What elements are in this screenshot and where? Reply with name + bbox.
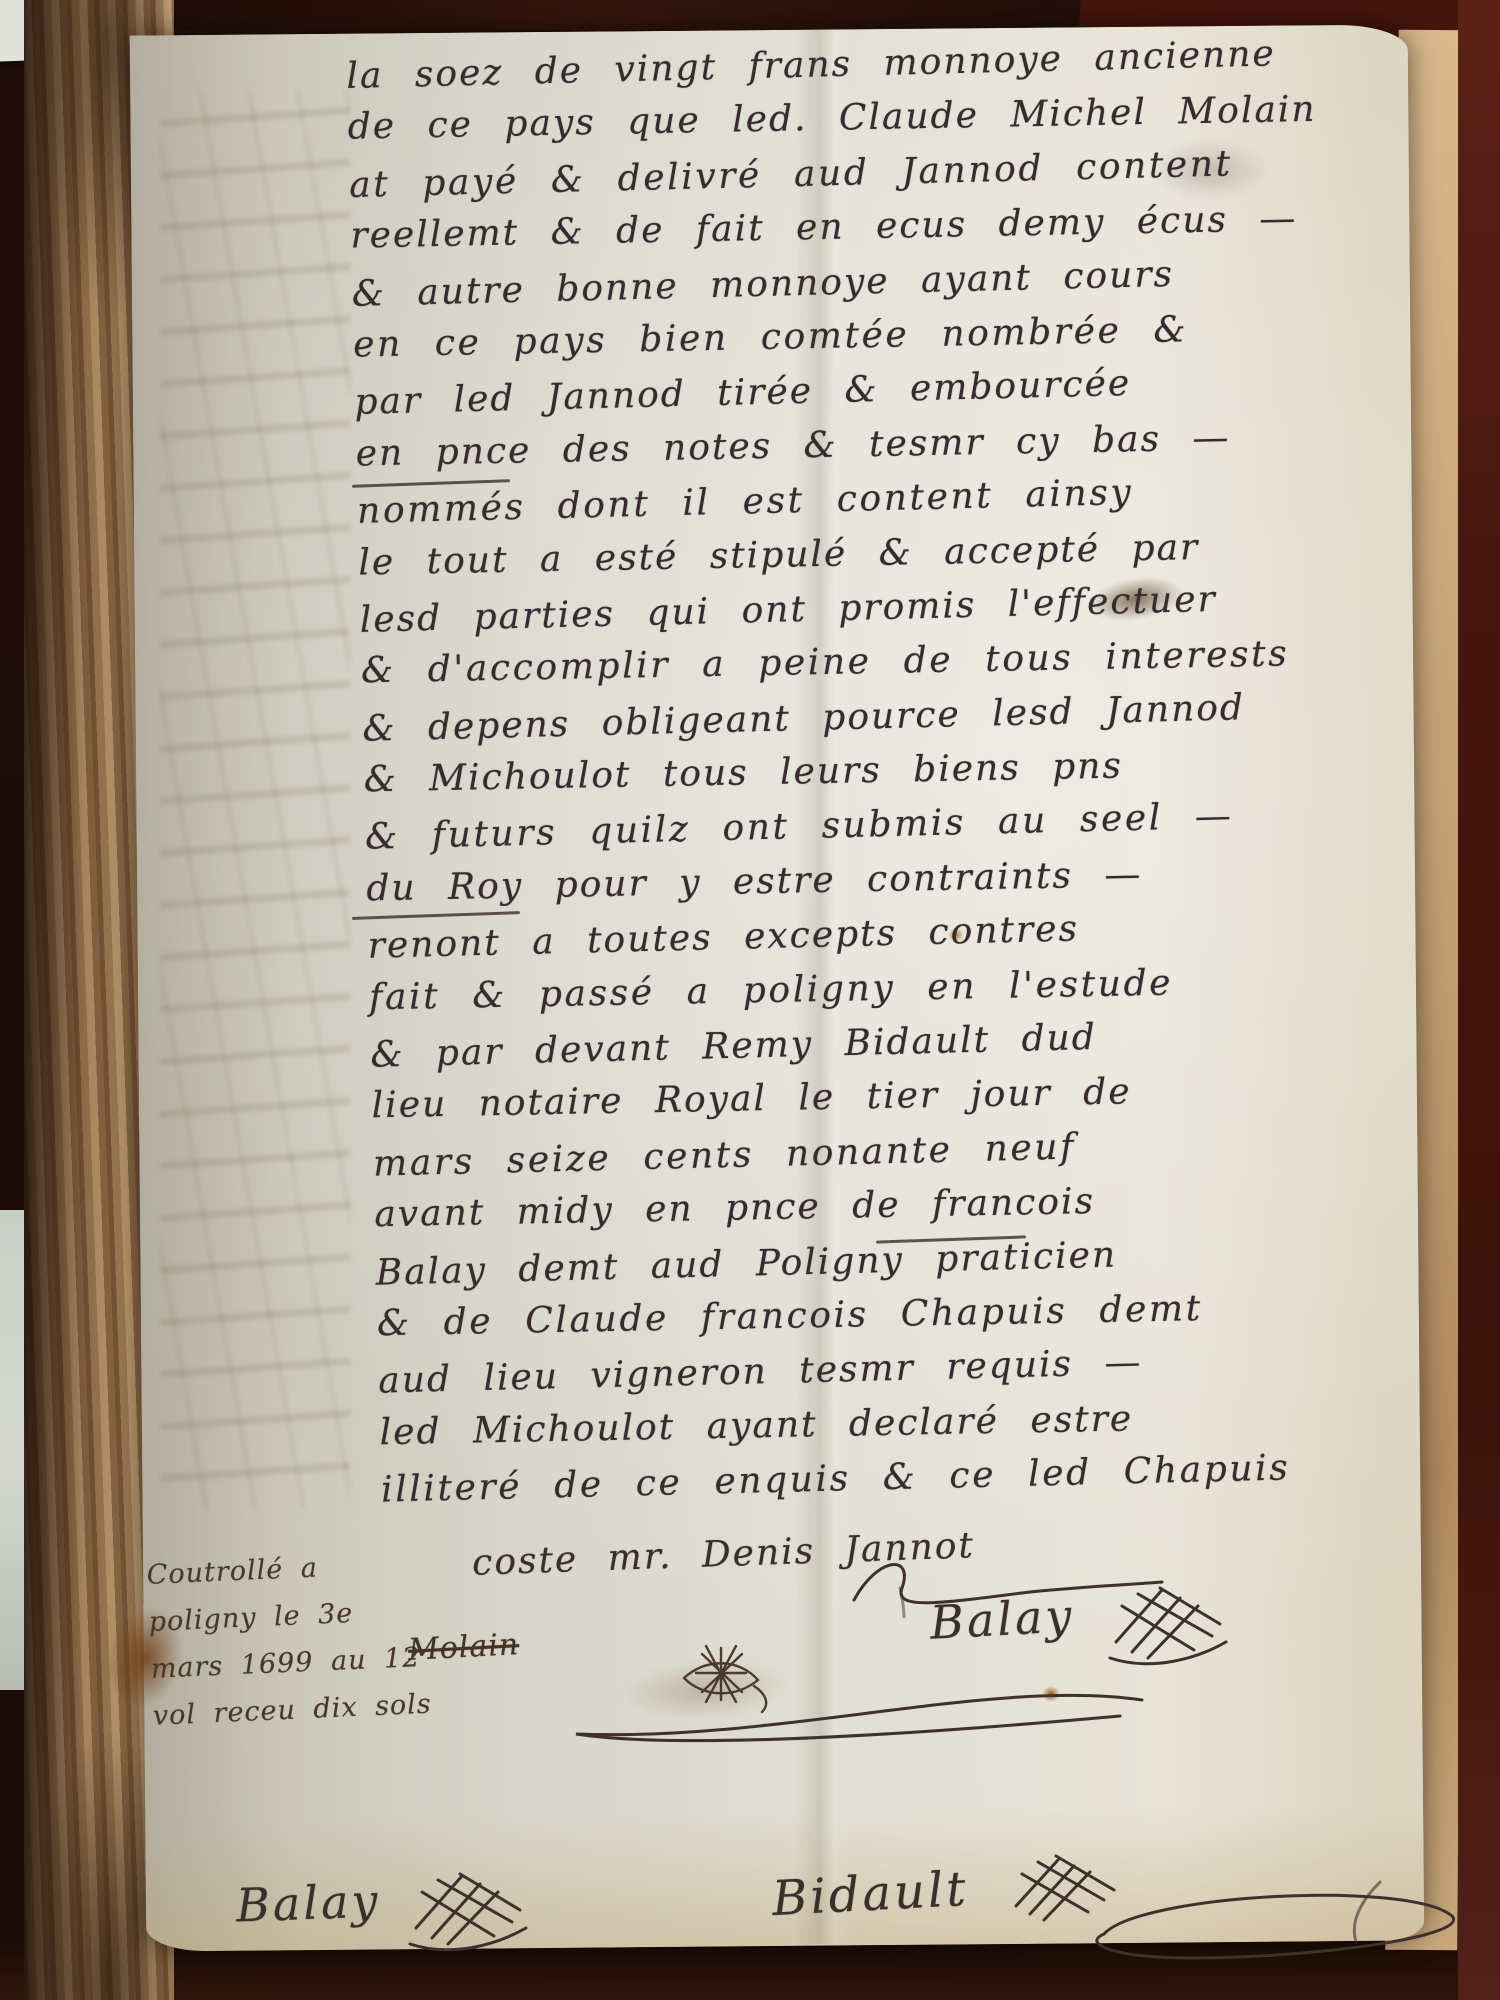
ink-bleed-through (160, 90, 350, 1510)
handwritten-body: la soez de vingt frans monnoye ancienne … (346, 29, 1492, 1524)
balay-underline-swoosh (560, 1676, 1150, 1770)
balay-paraph-lattice (408, 1866, 528, 1960)
underlying-page-edge (0, 1210, 26, 1690)
signature-molain-struck: Molain (407, 1627, 520, 1668)
balay-paraph-lattice (1108, 1580, 1228, 1674)
signature-balay-bottom-left: Balay (235, 1873, 381, 1932)
signature-balay-right: Balay (929, 1588, 1076, 1649)
bidault-oval-flourish (1080, 1872, 1480, 1986)
manuscript-photo: la soez de vingt frans monnoye ancienne … (0, 0, 1500, 2000)
signature-bidault: Bidault (771, 1861, 970, 1927)
